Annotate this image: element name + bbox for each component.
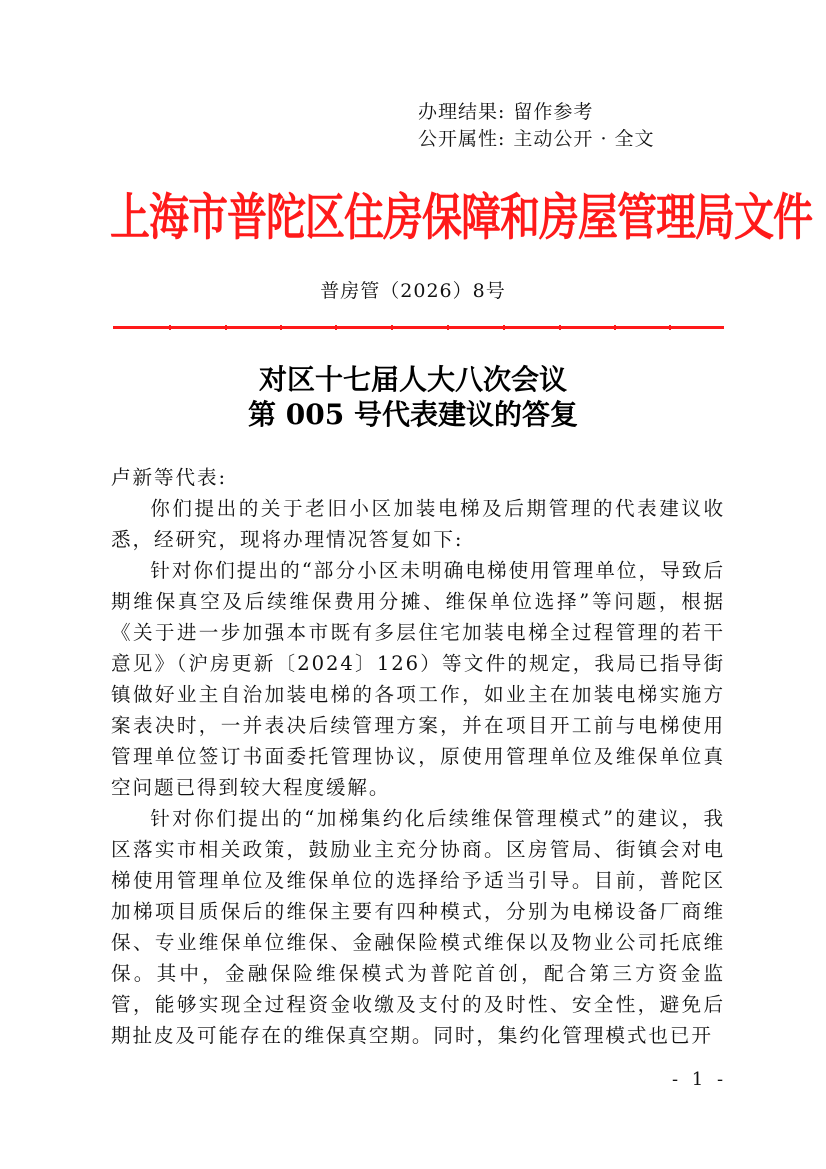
title-line-1: 对区十七届人大八次会议 bbox=[0, 362, 826, 397]
handling-result-row: 办理结果:留作参考 bbox=[418, 99, 655, 126]
divider-tick bbox=[559, 325, 561, 330]
document-body: 卢新等代表: 你们提出的关于老旧小区加装电梯及后期管理的代表建议收悉，经研究，现… bbox=[111, 462, 725, 1051]
handling-result-value: 留作参考 bbox=[513, 101, 593, 123]
disclosure-label: 公开属性: bbox=[418, 128, 505, 150]
page-number: - 1 - bbox=[672, 1068, 727, 1092]
salutation: 卢新等代表: bbox=[111, 462, 725, 493]
divider-tick bbox=[614, 325, 616, 330]
divider-tick bbox=[169, 325, 171, 330]
handling-result-label: 办理结果: bbox=[418, 101, 505, 123]
disclosure-value: 主动公开 · 全文 bbox=[513, 128, 654, 150]
red-divider bbox=[113, 326, 724, 329]
divider-tick bbox=[335, 325, 337, 330]
body-paragraph: 针对你们提出的“部分小区未明确电梯使用管理单位，导致后期维保真空及后续维保费用分… bbox=[111, 555, 725, 803]
disclosure-row: 公开属性:主动公开 · 全文 bbox=[418, 126, 655, 153]
divider-tick bbox=[447, 325, 449, 330]
document-number: 普房管（2026）8号 bbox=[0, 278, 826, 304]
document-meta: 办理结果:留作参考 公开属性:主动公开 · 全文 bbox=[418, 99, 655, 153]
document-title: 对区十七届人大八次会议 第 005 号代表建议的答复 bbox=[0, 362, 826, 432]
body-paragraph: 针对你们提出的“加梯集约化后续维保管理模式”的建议，我区落实市相关政策，鼓励业主… bbox=[111, 803, 725, 1051]
issuer-header: 上海市普陀区住房保障和房屋管理局文件 bbox=[110, 178, 730, 258]
body-paragraph: 你们提出的关于老旧小区加装电梯及后期管理的代表建议收悉，经研究，现将办理情况答复… bbox=[111, 493, 725, 555]
document-page: 办理结果:留作参考 公开属性:主动公开 · 全文 上海市普陀区住房保障和房屋管理… bbox=[0, 0, 826, 1169]
divider-tick bbox=[391, 325, 393, 330]
divider-tick bbox=[225, 325, 227, 330]
divider-tick bbox=[669, 325, 671, 330]
divider-tick bbox=[503, 325, 505, 330]
divider-tick bbox=[280, 325, 282, 330]
title-line-2: 第 005 号代表建议的答复 bbox=[0, 397, 826, 432]
